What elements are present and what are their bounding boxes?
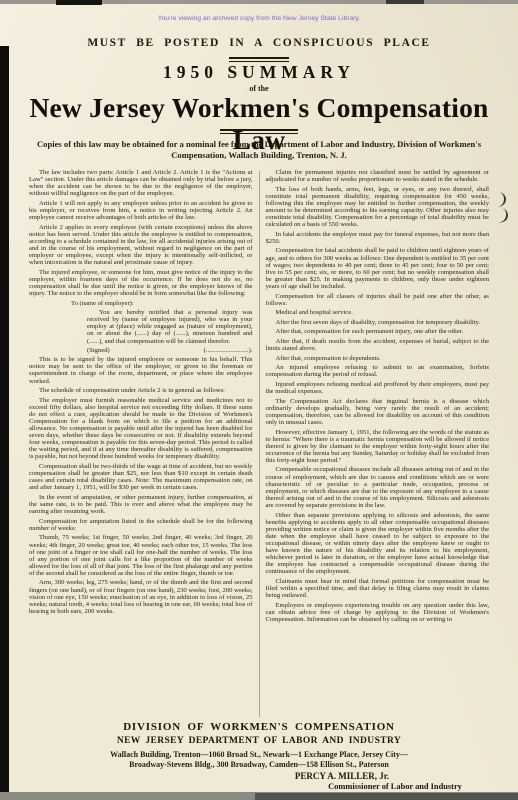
body-paragraph: After that, compensation for each perman… — [266, 328, 490, 335]
signed-dots: (..........................). — [204, 347, 253, 354]
signature-title: Commissioner of Labor and Industry — [300, 782, 490, 791]
body-paragraph: After that, if death results from the ac… — [266, 338, 490, 352]
summary-title: 1950 SUMMARY — [0, 62, 518, 83]
scan-artifact-bottom-mark — [255, 793, 518, 800]
body-paragraph: Employers or employees experiencing trou… — [266, 602, 490, 623]
decorative-rule-title — [220, 129, 298, 134]
body-paragraph: However, effective January 1, 1951, the … — [266, 429, 490, 464]
signature-name: PERCY A. MILLER, Jr. — [252, 771, 432, 781]
footer-address-line-1: Wallach Building, Trenton—1060 Broad St.… — [0, 750, 518, 759]
body-paragraph: The Compensation Act declares that ingui… — [266, 398, 490, 426]
body-paragraph: The injured employee, or someone for him… — [29, 269, 253, 297]
body-paragraph: An injured employee refusing to submit t… — [266, 364, 490, 378]
posting-notice: MUST BE POSTED IN A CONSPICUOUS PLACE — [0, 37, 518, 49]
archive-banner-link[interactable]: You're viewing an archived copy from the… — [158, 15, 361, 22]
body-paragraph: Claimants must bear in mind that formal … — [266, 578, 490, 599]
body-paragraph: The law includes two parts: Article 1 an… — [29, 169, 253, 197]
scan-artifact-top-mark-left — [56, 0, 102, 5]
footer-department: NEW JERSEY DEPARTMENT OF LABOR AND INDUS… — [0, 736, 518, 746]
body-paragraph: Claim for permanent injuries not classif… — [266, 169, 490, 183]
notice-form-signed-row: (Signed) (..........................). — [87, 347, 253, 354]
body-paragraph: In the event of amputation, or other per… — [29, 494, 253, 515]
scan-artifact-top-mark-right — [386, 0, 424, 4]
body-paragraph: Compensation shall be two-thirds of the … — [29, 463, 253, 491]
body-paragraph: This is to be signed by the injured empl… — [29, 356, 253, 384]
body-paragraph: Other than separate provisions applying … — [266, 512, 490, 576]
signed-label: (Signed) — [87, 347, 110, 354]
body-paragraph: Thumb, 75 weeks; 1st finger, 50 weeks; 2… — [29, 534, 253, 577]
body-paragraph: Compensable occupational diseases includ… — [266, 466, 490, 509]
column-left: The law includes two parts: Article 1 an… — [29, 169, 253, 721]
body-paragraph: The schedule of compensation under Artic… — [29, 387, 253, 394]
body-paragraph: After the first seven days of disability… — [266, 319, 490, 326]
scan-artifact-paren-mark-2 — [494, 207, 509, 224]
notice-form-to-line: To (name of employer): — [71, 300, 253, 307]
footer-division: DIVISION OF WORKMEN'S COMPENSATION — [0, 721, 518, 733]
body-paragraph: Medical and hospital service. — [266, 309, 490, 316]
body-paragraph: The loss of both hands, arms, feet, legs… — [266, 186, 490, 229]
poster-page: You're viewing an archived copy from the… — [0, 0, 518, 800]
body-paragraph: Compensation for all classes of injuries… — [266, 293, 490, 307]
column-right: Claim for permanent injuries not classif… — [266, 169, 490, 721]
body-paragraph: The employer must furnish reasonable med… — [29, 397, 253, 461]
body-paragraph: Arm, 300 weeks; leg, 275 weeks; hand, or… — [29, 579, 253, 614]
body-paragraph: Article 2 applies to every employee (wit… — [29, 224, 253, 267]
body-paragraph: Injured employees refusing medical aid p… — [266, 381, 490, 395]
footer-address-line-2: Broadway-Stevens Bldg., 300 Broadway, Ca… — [0, 760, 518, 769]
archive-banner: You're viewing an archived copy from the… — [0, 15, 518, 22]
intro-note: Copies of this law may be obtained for a… — [36, 139, 482, 161]
body-paragraph: In fatal accidents the employer must pay… — [266, 231, 490, 245]
body-paragraph: After that, compensation to dependents. — [266, 355, 490, 362]
body-paragraph: Compensation for fatal accidents shall b… — [266, 247, 490, 290]
body-paragraph: Compensation for amputation listed in th… — [29, 518, 253, 532]
scan-artifact-paren-mark-1 — [493, 191, 507, 207]
body-columns: The law includes two parts: Article 1 an… — [29, 169, 489, 721]
notice-form-body: You are hereby notified that a personal … — [87, 309, 253, 344]
body-paragraph: Article 1 will not apply to any employee… — [29, 200, 253, 221]
scan-artifact-left-edge — [0, 46, 9, 793]
